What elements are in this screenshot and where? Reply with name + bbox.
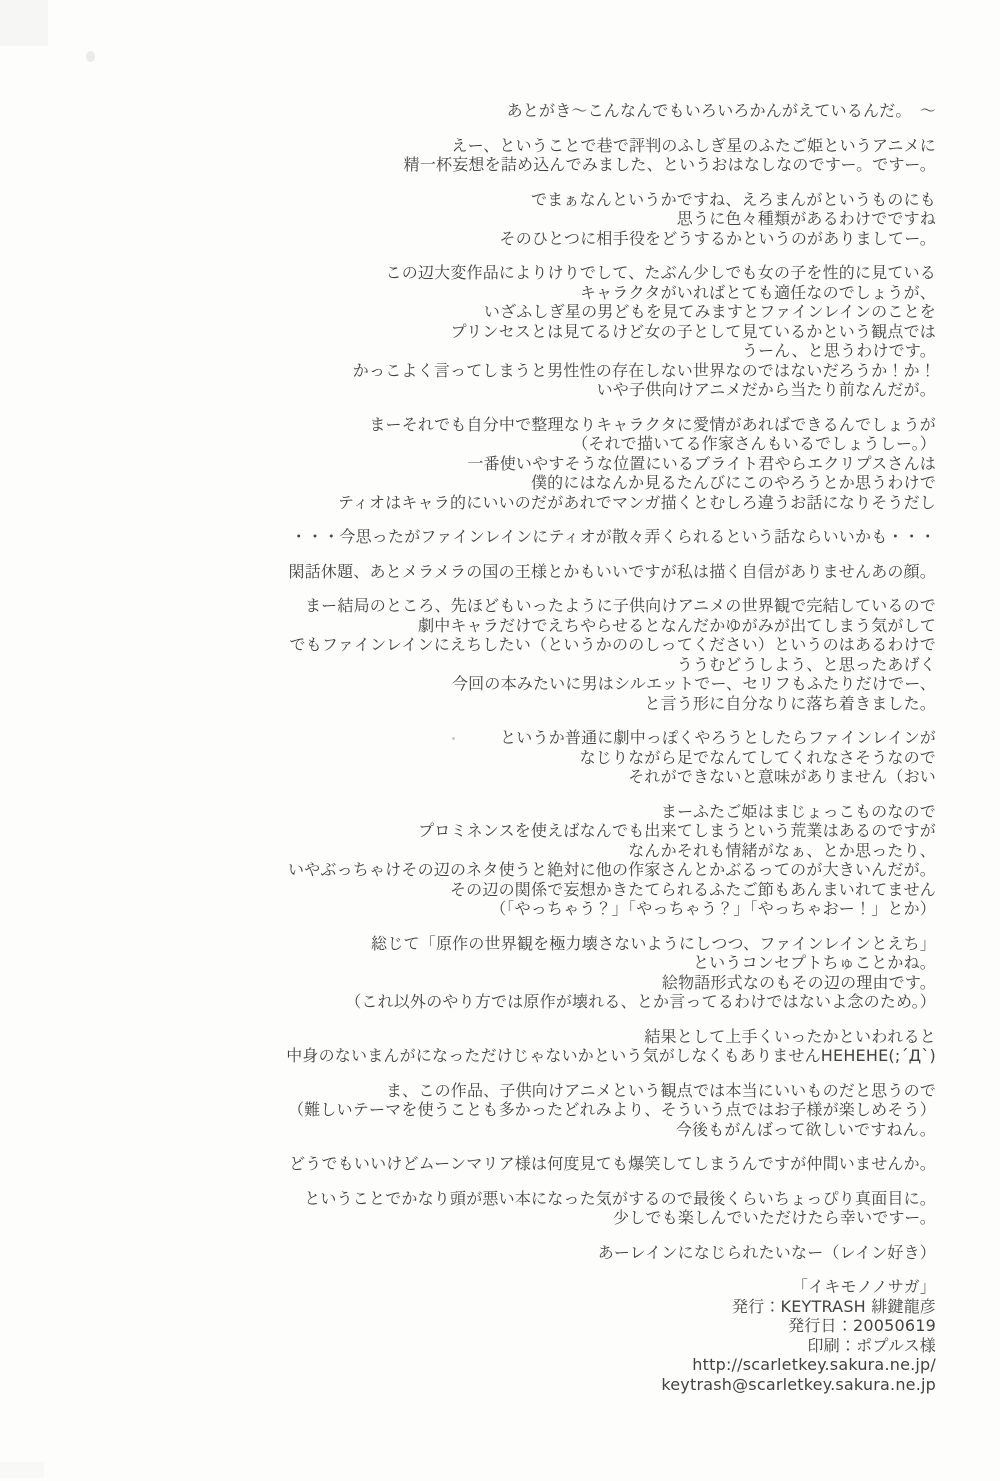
text-line: 思うに色々種類があるわけでですね	[40, 209, 936, 229]
paragraph: まーそれでも自分中で整理なりキャラクタに愛情があればできるんでしょうが （それで…	[40, 415, 936, 513]
paragraph: 総じて「原作の世界観を極力壊さないようにしつつ、ファインレインとえち」 というコ…	[40, 934, 936, 1012]
paragraph: 閑話休題、あとメラメラの国の王様とかもいいですが私は描く自信がありませんあの顔。	[40, 562, 936, 582]
text-line: というコンセプトちゅことかね。	[40, 953, 936, 973]
text-line: ま、この作品、子供向けアニメという観点では本当にいいものだと思うので	[40, 1081, 936, 1101]
text-line: 今回の本みたいに男はシルエットでー、セリフもふたりだけでー、	[40, 674, 936, 694]
text-line: 中身のないまんがになっただけじゃないかという気がしなくもありませんHEHEHE(…	[40, 1046, 936, 1066]
text-line: それができないと意味がありません（おい	[40, 767, 936, 787]
text-line: ううむどうしよう、と思ったあげく	[40, 655, 936, 675]
colophon-date: 発行日：20050619	[40, 1316, 936, 1336]
paragraph: どうでもいいけどムーンマリア様は何度見ても爆笑してしまうんですが仲間いませんか。	[40, 1154, 936, 1174]
text-line: いやぶっちゃけその辺のネタ使うと絶対に他の作家さんとかぶるってのが大きいんだが。	[40, 860, 936, 880]
text-line: なんかそれも情緒がなぁ、とか思ったり、	[40, 841, 936, 861]
text-line: いざふしぎ星の男どもを見てみますとファインレインのことを	[40, 302, 936, 322]
colophon-email: keytrash@scarletkey.sakura.ne.jp	[40, 1375, 936, 1395]
paragraph: というか普通に劇中っぽくやろうとしたらファインレインが なじりながら足でなんてし…	[40, 728, 936, 787]
text-line: 絵物語形式なのもその辺の理由です。	[40, 973, 936, 993]
text-line: この辺大変作品によりけりでして、たぶん少しでも女の子を性的に見ている	[40, 263, 936, 283]
text-line: えー、ということで巷で評判のふしぎ星のふたご姫というアニメに	[40, 136, 936, 156]
text-line: プリンセスとは見てるけど女の子として見ているかという観点では	[40, 322, 936, 342]
text-line: 少しでも楽しんでいただけたら幸いですー。	[40, 1208, 936, 1228]
text-line: （それで描いてる作家さんもいるでしょうしー。）	[40, 434, 936, 454]
afterword-title: あとがき～こんなんでもいろいろかんがえているんだ。 ～	[40, 101, 936, 121]
text-line: かっこよく言ってしまうと男性性の存在しない世界なのではないだろうか！か！	[40, 361, 936, 381]
text-line: でまぁなんというかですね、えろまんがというものにも	[40, 190, 936, 210]
text-line: 僕的にはなんか見るたんびにこのやろうとか思うわけで	[40, 473, 936, 493]
paragraph: ま、この作品、子供向けアニメという観点では本当にいいものだと思うので （難しいテ…	[40, 1081, 936, 1140]
text-line: まーそれでも自分中で整理なりキャラクタに愛情があればできるんでしょうが	[40, 415, 936, 435]
scanned-afterword-page: あとがき～こんなんでもいろいろかんがえているんだ。 ～ えー、ということで巷で評…	[0, 0, 1000, 1481]
paragraph: ・・・今思ったがファインレインにティオが散々弄くられるという話ならいいかも・・・	[40, 527, 936, 547]
text-line: ・・・今思ったがファインレインにティオが散々弄くられるという話ならいいかも・・・	[40, 527, 936, 547]
scan-artifact	[86, 51, 95, 62]
text-line: 一番使いやすそうな位置にいるブライト君やらエクリプスさんは	[40, 454, 936, 474]
scan-artifact	[0, 0, 48, 46]
text-line: うーん、と思うわけです。	[40, 341, 936, 361]
text-line: そのひとつに相手役をどうするかというのがありましてー。	[40, 229, 936, 249]
paragraph: えー、ということで巷で評判のふしぎ星のふたご姫というアニメに 精一杯妄想を詰め込…	[40, 136, 936, 175]
text-line: いや子供向けアニメだから当たり前なんだが。	[40, 380, 936, 400]
text-line: まーふたご姫はまじょっこものなので	[40, 802, 936, 822]
paragraph: この辺大変作品によりけりでして、たぶん少しでも女の子を性的に見ている キャラクタ…	[40, 263, 936, 400]
text-line: 今後もがんばって欲しいですねん。	[40, 1120, 936, 1140]
colophon: 「イキモノノサガ」 発行：KEYTRASH 緋鍵龍彦 発行日：20050619 …	[40, 1277, 936, 1394]
text-line: プロミネンスを使えばなんでも出来てしまうという荒業はあるのですが	[40, 821, 936, 841]
text-line: 結果として上手くいったかといわれると	[40, 1027, 936, 1047]
text-line: その辺の関係で妄想かきたてられるふたご節もあんまいれてません	[40, 880, 936, 900]
text-line: なじりながら足でなんてしてくれなさそうなので	[40, 748, 936, 768]
paragraph: まー結局のところ、先ほどもいったように子供向けアニメの世界観で完結しているので …	[40, 596, 936, 713]
paragraph: まーふたご姫はまじょっこものなので プロミネンスを使えばなんでも出来てしまうとい…	[40, 802, 936, 919]
colophon-url: http://scarletkey.sakura.ne.jp/	[40, 1355, 936, 1375]
text-line: 閑話休題、あとメラメラの国の王様とかもいいですが私は描く自信がありませんあの顔。	[40, 562, 936, 582]
text-line: と言う形に自分なりに落ち着きました。	[40, 694, 936, 714]
scan-artifact	[0, 1462, 44, 1478]
paragraph: ということでかなり頭が悪い本になった気がするので最後くらいちょっぴり真面目に。 …	[40, 1189, 936, 1228]
text-line: まー結局のところ、先ほどもいったように子供向けアニメの世界観で完結しているので	[40, 596, 936, 616]
text-line: （難しいテーマを使うことも多かったどれみより、そういう点ではお子様が楽しめそう）	[40, 1100, 936, 1120]
text-line: 劇中キャラだけでえちやらせるとなんだかゆがみが出てしまう気がして	[40, 616, 936, 636]
colophon-printer: 印刷：ポプルス様	[40, 1336, 936, 1356]
text-line: 精一杯妄想を詰め込んでみました、というおはなしなのですー。ですー。	[40, 155, 936, 175]
text-line: ということでかなり頭が悪い本になった気がするので最後くらいちょっぴり真面目に。	[40, 1189, 936, 1209]
text-line: （「やっちゃう？」「やっちゃう？」「やっちゃおー！」とか）	[40, 899, 936, 919]
afterword-text-column: あとがき～こんなんでもいろいろかんがえているんだ。 ～ えー、ということで巷で評…	[40, 101, 936, 1394]
text-line: 総じて「原作の世界観を極力壊さないようにしつつ、ファインレインとえち」	[40, 934, 936, 954]
text-line: どうでもいいけどムーンマリア様は何度見ても爆笑してしまうんですが仲間いませんか。	[40, 1154, 936, 1174]
text-line: でもファインレインにえちしたい（というかののしってください）というのはあるわけで	[40, 635, 936, 655]
paragraph: あーレインになじられたいなー（レイン好き）	[40, 1243, 936, 1263]
text-line: というか普通に劇中っぽくやろうとしたらファインレインが	[40, 728, 936, 748]
colophon-publisher: 発行：KEYTRASH 緋鍵龍彦	[40, 1297, 936, 1317]
paragraph: 結果として上手くいったかといわれると 中身のないまんがになっただけじゃないかとい…	[40, 1027, 936, 1066]
text-line: ティオはキャラ的にいいのだがあれでマンガ描くとむしろ違うお話になりそうだし	[40, 493, 936, 513]
text-line: キャラクタがいればとても適任なのでしょうが、	[40, 283, 936, 303]
paragraph: でまぁなんというかですね、えろまんがというものにも 思うに色々種類があるわけでで…	[40, 190, 936, 249]
colophon-book-title: 「イキモノノサガ」	[40, 1277, 936, 1297]
text-line: あーレインになじられたいなー（レイン好き）	[40, 1243, 936, 1263]
text-line: （これ以外のやり方では原作が壊れる、とか言ってるわけではないよ念のため。）	[40, 992, 936, 1012]
